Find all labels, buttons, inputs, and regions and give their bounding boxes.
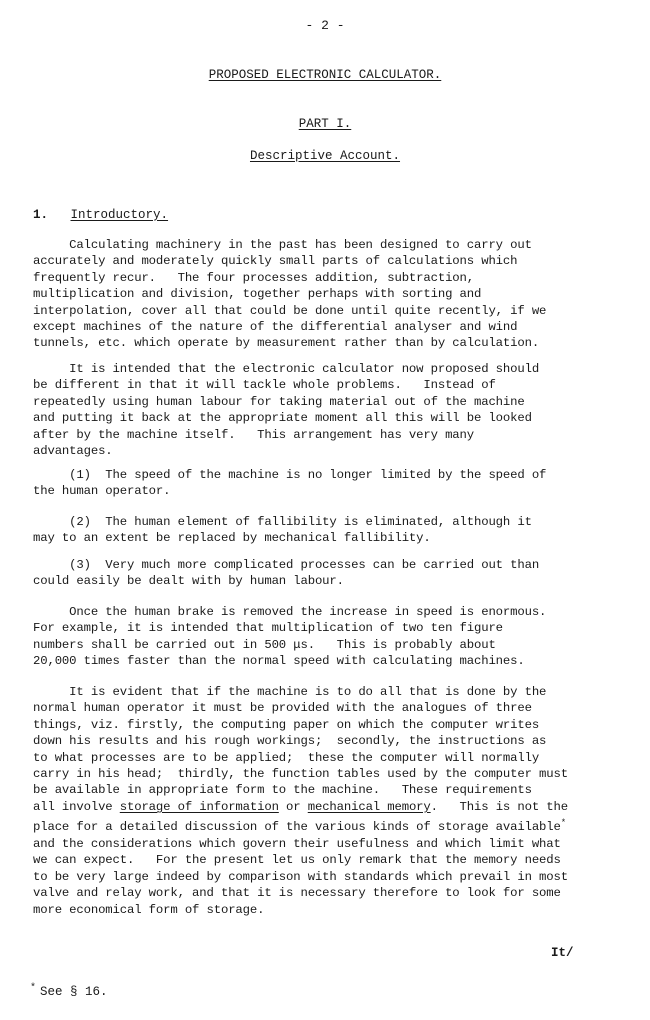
text-span: and the considerations which govern thei…	[33, 837, 568, 917]
underlined-storage-of-information: storage of information	[120, 800, 279, 814]
part-heading: PART I.	[0, 117, 650, 131]
text-span: . This is not the	[431, 800, 568, 814]
text-span: or	[279, 800, 308, 814]
text-span: all involve	[33, 800, 120, 814]
document-page: - 2 - PROPOSED ELECTRONIC CALCULATOR. PA…	[0, 0, 650, 1020]
paragraph-storage-part2: all involve storage of information or me…	[33, 799, 633, 918]
paragraph-storage-part1: It is evident that if the machine is to …	[33, 684, 633, 799]
section-title: Introductory.	[71, 208, 169, 222]
subtitle-text: Descriptive Account.	[250, 149, 400, 163]
continuation-catchword: It/	[551, 946, 574, 960]
paragraph-intention: It is intended that the electronic calcu…	[33, 361, 633, 459]
paragraph-advantage-3: (3) Very much more complicated processes…	[33, 557, 633, 590]
footnote-marker: *	[30, 983, 36, 994]
paragraph-advantage-1: (1) The speed of the machine is no longe…	[33, 467, 633, 500]
paragraph-introductory: Calculating machinery in the past has be…	[33, 237, 633, 352]
document-title: PROPOSED ELECTRONIC CALCULATOR.	[0, 68, 650, 82]
document-title-text: PROPOSED ELECTRONIC CALCULATOR.	[209, 68, 442, 82]
paragraph-advantage-2: (2) The human element of fallibility is …	[33, 514, 633, 547]
underlined-mechanical-memory: mechanical memory	[308, 800, 431, 814]
paragraph-speed: Once the human brake is removed the incr…	[33, 604, 633, 670]
part-heading-text: PART I.	[299, 117, 352, 131]
text-span: place for a detailed discussion of the v…	[33, 821, 561, 835]
subtitle: Descriptive Account.	[0, 149, 650, 163]
section-heading: 1. Introductory.	[33, 208, 168, 222]
footnote-text: See § 16.	[40, 985, 108, 999]
footnote: *See § 16.	[30, 983, 108, 999]
footnote-reference: *	[561, 818, 566, 828]
page-number: - 2 -	[0, 18, 650, 33]
section-number: 1.	[33, 208, 63, 222]
